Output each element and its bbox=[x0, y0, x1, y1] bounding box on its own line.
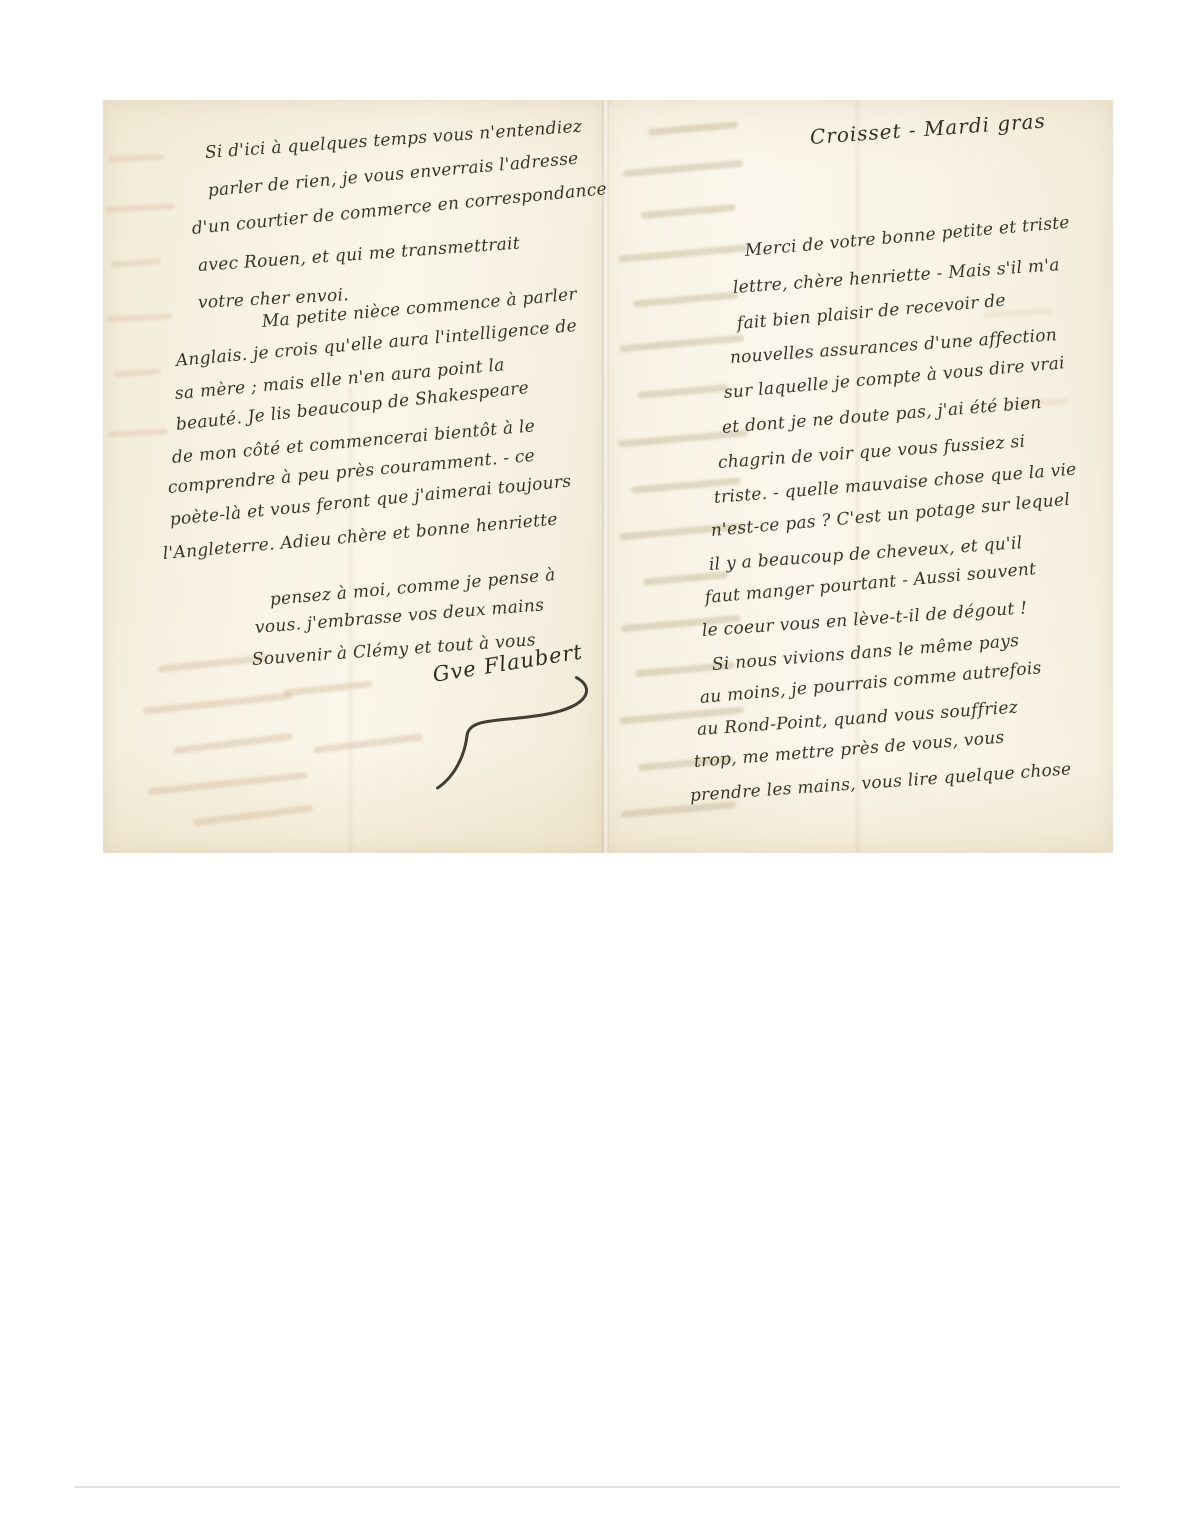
letter-scan: Si d'ici à quelques temps vous n'entendi… bbox=[103, 100, 1113, 853]
signature-flourish bbox=[416, 667, 615, 798]
page-divider-line bbox=[75, 1486, 1120, 1488]
